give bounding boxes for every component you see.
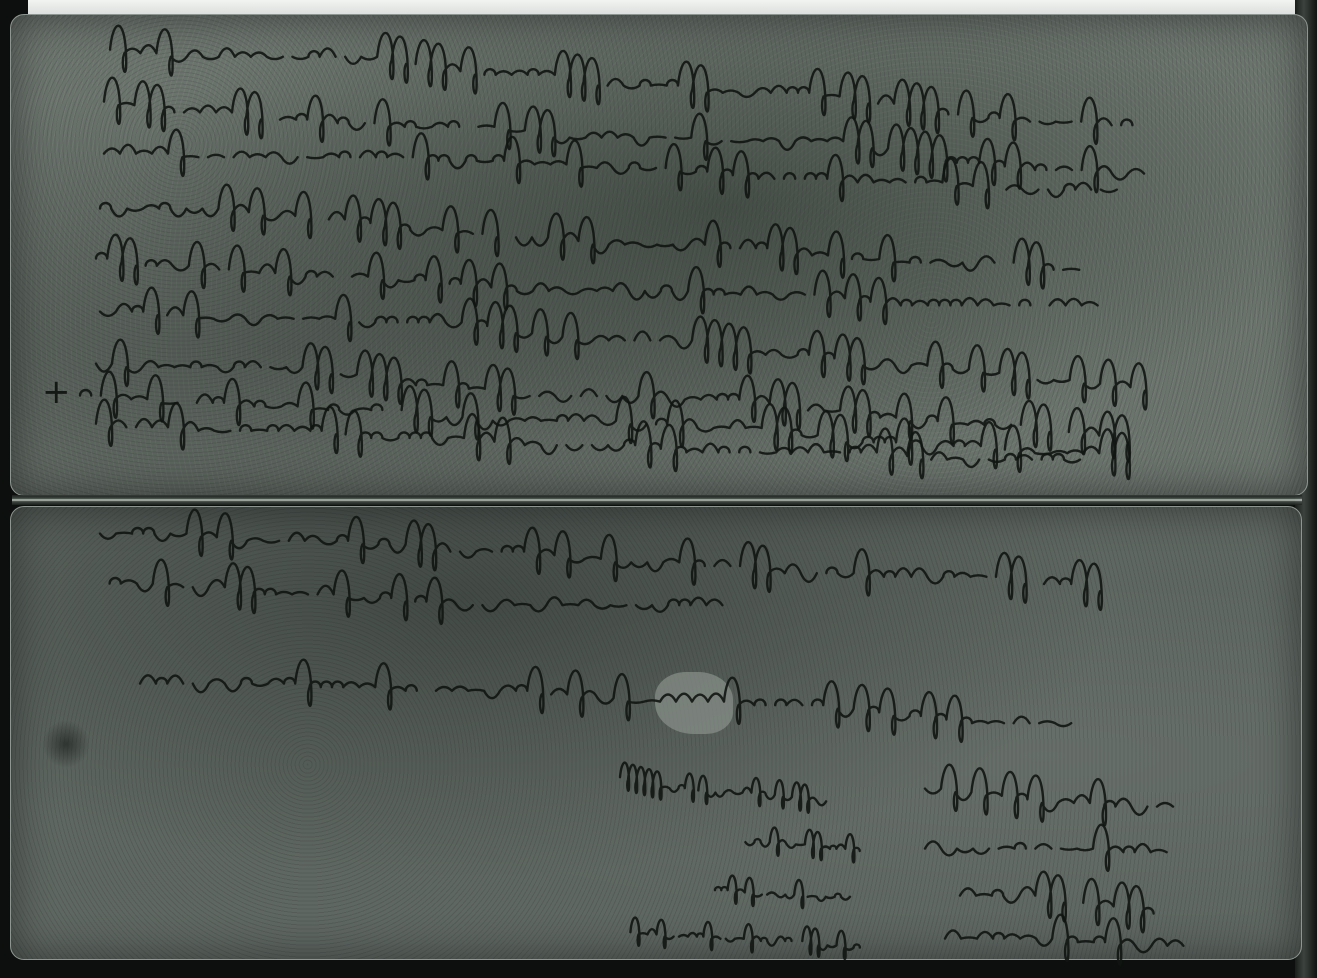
document-type: handwritten manuscript (photograph) <box>0 0 1 1</box>
handwritten-line <box>100 562 820 598</box>
handwritten-line <box>100 187 1230 223</box>
signatory-name-right <box>960 874 1200 910</box>
handwritten-line <box>96 237 1250 273</box>
signatory-name-left <box>715 877 870 899</box>
handwritten-line <box>100 290 1270 326</box>
handwritten-line <box>96 342 1270 378</box>
ink-stain <box>42 720 90 768</box>
handwritten-line <box>96 402 1260 438</box>
handwritten-line <box>100 512 1250 548</box>
handwritten-line <box>110 28 1290 64</box>
fold-crease <box>12 495 1302 505</box>
signatory-name-left <box>625 919 900 941</box>
signatory-name-left <box>620 764 850 786</box>
handwritten-line <box>104 132 1290 168</box>
signatory-name-left <box>740 829 880 851</box>
document-script: cursive Southeast Asian script (not tran… <box>0 0 1 1</box>
signatory-name-right <box>925 827 1205 863</box>
signatory-name-right <box>925 767 1200 803</box>
margin-cross-mark: + <box>42 372 71 412</box>
signatory-name-right <box>945 917 1205 953</box>
handwritten-line <box>140 662 1220 698</box>
handwritten-line <box>104 80 1290 116</box>
